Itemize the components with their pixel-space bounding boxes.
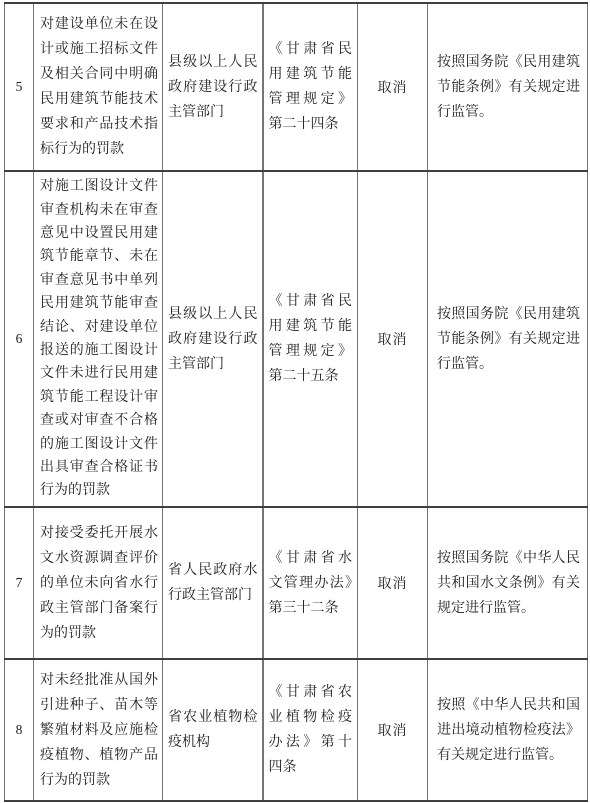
- row-number-cell: 6: [5, 171, 34, 507]
- row-number-cell: 7: [5, 507, 34, 659]
- decision-cell: 取消: [358, 507, 428, 659]
- supervision-note-cell: 按照国务院《民用建筑节能条例》有关规定进行监管。: [428, 3, 588, 171]
- decision-cell: 取消: [358, 171, 428, 507]
- department-cell: 省人民政府水行政主管部门: [163, 507, 263, 659]
- legal-basis-cell: 《甘肃省农业植物检疫办法》第十四条: [263, 659, 358, 801]
- supervision-note-cell: 按照国务院《中华人民共和国水文条例》有关规定进行监管。: [428, 507, 588, 659]
- department-cell: 省农业植物检疫机构: [163, 659, 263, 801]
- supervision-note-cell: 按照国务院《民用建筑节能条例》有关规定进行监管。: [428, 171, 588, 507]
- legal-basis-cell: 《甘肃省水文管理办法》第三十二条: [263, 507, 358, 659]
- penalty-item-cell: 对建设单位未在设计或施工招标文件及相关合同中明确民用建筑节能技术要求和产品技术指…: [34, 3, 163, 171]
- supervision-note-cell: 按照《中华人民共和国进出境动植物检疫法》有关规定进行监管。: [428, 659, 588, 801]
- penalty-item-cell: 对接受委托开展水文水资源调查评价的单位未向省水行政主管部门备案行为的罚款: [34, 507, 163, 659]
- decision-cell: 取消: [358, 659, 428, 801]
- table-row: 6 对施工图设计文件审查机构未在审查意见中设置民用建筑节能章节、未在审查意见书中…: [5, 171, 588, 507]
- department-cell: 县级以上人民政府建设行政主管部门: [163, 171, 263, 507]
- table-row: 7 对接受委托开展水文水资源调查评价的单位未向省水行政主管部门备案行为的罚款 省…: [5, 507, 588, 659]
- penalty-item-cell: 对施工图设计文件审查机构未在审查意见中设置民用建筑节能章节、未在审查意见书中单列…: [34, 171, 163, 507]
- row-number-cell: 8: [5, 659, 34, 801]
- penalty-items-table: 5 对建设单位未在设计或施工招标文件及相关合同中明确民用建筑节能技术要求和产品技…: [4, 2, 588, 802]
- decision-cell: 取消: [358, 3, 428, 171]
- row-number-cell: 5: [5, 3, 34, 171]
- legal-basis-cell: 《甘肃省民用建筑节能管理规定》第二十五条: [263, 171, 358, 507]
- table-row: 8 对未经批准从国外引进种子、苗木等繁殖材料及应施检疫植物、植物产品行为的罚款 …: [5, 659, 588, 801]
- department-cell: 县级以上人民政府建设行政主管部门: [163, 3, 263, 171]
- penalty-item-cell: 对未经批准从国外引进种子、苗木等繁殖材料及应施检疫植物、植物产品行为的罚款: [34, 659, 163, 801]
- legal-basis-cell: 《甘肃省民用建筑节能管理规定》第二十四条: [263, 3, 358, 171]
- table-row: 5 对建设单位未在设计或施工招标文件及相关合同中明确民用建筑节能技术要求和产品技…: [5, 3, 588, 171]
